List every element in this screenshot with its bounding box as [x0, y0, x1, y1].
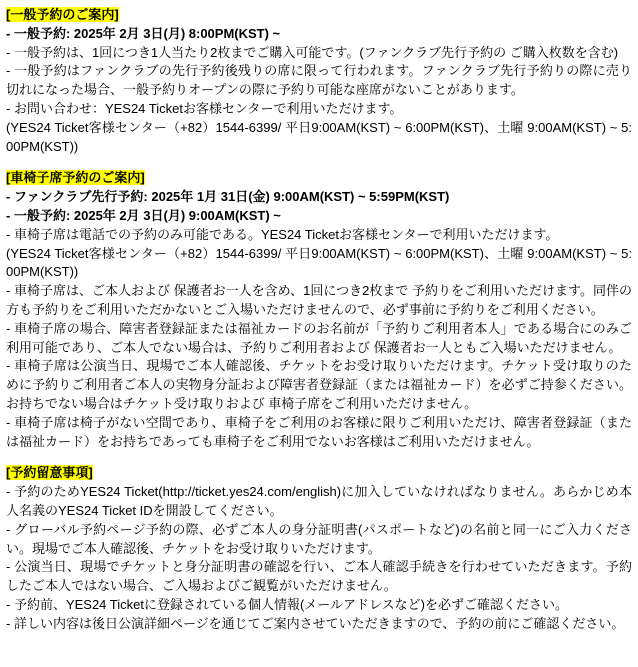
notice-line: - 車椅子席の場合、障害者登録証または福祉カードのお名前が「予約りご利用者本人」…: [6, 320, 632, 358]
notice-line: - 一般予約は、1回につき1人当たり2枚までご購入可能です。(ファンクラブ先行予…: [6, 44, 632, 63]
notice-line: - 車椅子席は椅子がない空間であり、車椅子をご利用のお客様に限りご利用いただけ、…: [6, 414, 632, 452]
ticket-notice-document: [一般予約のご案内] - 一般予約: 2025年 2月 3日(月) 8:00PM…: [0, 0, 638, 667]
phone-only-line: - 車椅子席は電話での予約のみ可能である。YES24 Ticketお客様センター…: [6, 226, 632, 245]
notice-line: - 車椅子席は公演当日、現場でご本人確認後、チケットをお受け取りいただけます。チ…: [6, 357, 632, 413]
section-title-notes: [予約留意事項]: [6, 465, 93, 480]
notice-line: - 車椅子席は、ご本人および 保護者お一人を含め、1回につき2枚まで 予約りをご…: [6, 282, 632, 320]
wheelchair-general-date-line: - 一般予約: 2025年 2月 3日(月) 9:00AM(KST) ~: [6, 207, 632, 226]
contact-line: - お問い合わせ：YES24 Ticketお客様センターで利用いただけます。: [6, 100, 632, 119]
section-heading: [車椅子席予約のご案内]: [6, 169, 632, 188]
contact-hours-line: (YES24 Ticket客様センター（+82）1544-6399/ 平日9:0…: [6, 119, 632, 157]
notice-line: - 詳しい内容は後日公演詳細ページを通じてご案内させていただきますので、予約の前…: [6, 615, 632, 634]
notice-line: - 一般予約はファンクラブの先行予約後残りの席に限って行われます。ファンクラブ先…: [6, 62, 632, 100]
fanclub-presale-date-line: - ファンクラブ先行予約: 2025年 1月 31日(金) 9:00AM(KST…: [6, 188, 632, 207]
section-general-reservation: [一般予約のご案内] - 一般予約: 2025年 2月 3日(月) 8:00PM…: [6, 6, 632, 156]
section-title-wheelchair: [車椅子席予約のご案内]: [6, 170, 145, 185]
section-reservation-notes: [予約留意事項] - 予約のためYES24 Ticket(http://tick…: [6, 464, 632, 633]
notice-line: - 公演当日、現場でチケットと身分証明書の確認を行い、ご本人確認手続きを行わせて…: [6, 558, 632, 596]
notice-line: - 予約のためYES24 Ticket(http://ticket.yes24.…: [6, 483, 632, 521]
section-heading: [予約留意事項]: [6, 464, 632, 483]
notice-line: - 予約前、YES24 Ticketに登録されている個人情報(メールアドレスなど…: [6, 596, 632, 615]
general-reservation-date-line: - 一般予約: 2025年 2月 3日(月) 8:00PM(KST) ~: [6, 25, 632, 44]
contact-hours-line: (YES24 Ticket客様センター（+82）1544-6399/ 平日9:0…: [6, 245, 632, 283]
section-title-general: [一般予約のご案内]: [6, 7, 119, 22]
section-wheelchair-reservation: [車椅子席予約のご案内] - ファンクラブ先行予約: 2025年 1月 31日(…: [6, 169, 632, 451]
notice-line: - グローバル予約ページ予約の際、必ずご本人の身分証明書(パスポートなど)の名前…: [6, 521, 632, 559]
section-heading: [一般予約のご案内]: [6, 6, 632, 25]
